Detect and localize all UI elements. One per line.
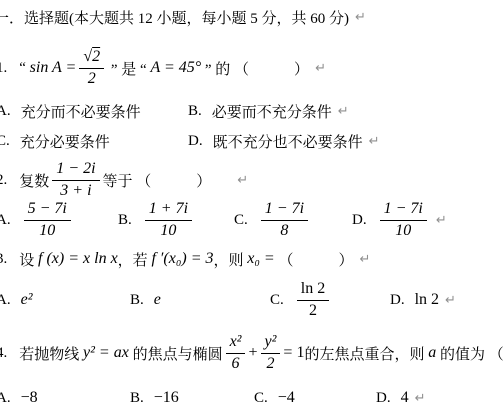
q4-seg2: 的焦点与椭圆 <box>129 343 223 364</box>
fraction-numerator: 5 − 7i <box>24 200 71 220</box>
q1-mid-text: ” 是 “ <box>107 58 150 79</box>
fraction-denominator: 2 <box>266 354 274 373</box>
q2-option-c: C. 1 − 7i 8 <box>234 197 311 243</box>
radical-sign: √ <box>83 48 92 65</box>
q3-option-d: D. ln 2 ↵ <box>390 277 456 323</box>
q4-math-equals-1: = 1 <box>283 344 304 362</box>
q1-open-quote: “ <box>19 60 29 77</box>
q4-math-parabola: y² = ax <box>83 344 129 362</box>
option-text: 充分而不必要条件 <box>21 101 141 122</box>
q4-option-b: B. −16 <box>130 387 179 409</box>
q4-seg3: 的左焦点重合，则 <box>304 343 428 364</box>
option-letter: D. <box>376 390 391 407</box>
fraction-numerator: x² <box>226 333 246 353</box>
q4-plus-sign: + <box>248 344 257 362</box>
radicand: 2 <box>92 48 100 65</box>
section-header-text: 一．选择题(本大题共 12 小题，每小题 5 分，共 60 分) <box>0 7 349 28</box>
option-value: −4 <box>278 389 295 407</box>
option-value: e <box>154 291 161 309</box>
q1-math-angle: A = 45° <box>150 59 201 77</box>
option-fraction: 1 − 7i 10 <box>380 200 427 240</box>
q1-option-d: D. 既不充分也不必要条件 ↵ <box>188 131 380 151</box>
fraction-denominator: 8 <box>280 221 288 240</box>
question-3-number: 3. <box>0 251 7 268</box>
paragraph-mark-icon: ↵ <box>355 10 366 25</box>
q4-seg1: 若抛物线 <box>19 343 83 364</box>
question-1-options-row-1: A. 充分而不必要条件 B. 必要而不充分条件 ↵ <box>0 101 504 121</box>
paragraph-mark-icon: ↵ <box>369 134 380 149</box>
question-1-number: 1. <box>0 60 7 77</box>
paragraph-mark-icon: ↵ <box>338 104 349 119</box>
q3-math-fprime: f ′(x₀) = 3 <box>151 250 213 268</box>
q3-option-c: C. ln 2 2 <box>270 277 332 323</box>
option-value: −16 <box>154 389 179 407</box>
option-text: 充分必要条件 <box>20 131 110 152</box>
paragraph-mark-icon: ↵ <box>415 391 426 406</box>
option-letter: B. <box>130 292 144 309</box>
section-header: 一．选择题(本大题共 12 小题，每小题 5 分，共 60 分) ↵ <box>0 6 366 28</box>
option-letter: B. <box>188 103 202 120</box>
paragraph-mark-icon: ↵ <box>360 252 371 267</box>
fraction-numerator: 1 − 7i <box>261 200 308 220</box>
q2-option-b: B. 1 + 7i 10 <box>118 197 195 243</box>
q3-seg3: ，则 <box>214 249 248 270</box>
q4-fraction-x2-over-6: x² 6 <box>226 333 246 373</box>
option-text: 必要而不充分条件 <box>212 101 332 122</box>
q2-option-d: D. 1 − 7i 10 ↵ <box>352 197 447 243</box>
option-letter: C. <box>270 292 284 309</box>
option-letter: C. <box>0 133 10 150</box>
q2-fraction-numerator: 1 − 2i <box>52 160 99 180</box>
q2-pre-text: 复数 <box>19 170 49 191</box>
fraction-numerator: 1 + 7i <box>145 200 192 220</box>
question-4-stem: 4. 若抛物线 y² = ax 的焦点与椭圆 x² 6 + y² 2 = 1 的… <box>0 327 504 379</box>
option-value: e² <box>21 291 33 309</box>
option-fraction: 1 − 7i 8 <box>261 200 308 240</box>
option-letter: D. <box>390 292 405 309</box>
q1-math-sin: sin A = <box>30 59 77 77</box>
option-value: −8 <box>21 389 38 407</box>
q4-option-d: D. 4 ↵ <box>376 387 426 409</box>
q2-fraction-complex: 1 − 2i 3 + i <box>52 160 99 200</box>
fraction-denominator: 10 <box>160 221 176 240</box>
option-value: ln 2 <box>415 291 439 309</box>
q1-option-a: A. 充分而不必要条件 <box>0 101 141 121</box>
option-letter: A. <box>0 390 11 407</box>
option-letter: A. <box>0 103 11 120</box>
fraction-numerator: y² <box>261 333 281 353</box>
question-1-options-row-2: C. 充分必要条件 D. 既不充分也不必要条件 ↵ <box>0 131 504 151</box>
q1-fraction-numerator: √2 <box>79 48 104 68</box>
fraction-denominator: 10 <box>395 221 411 240</box>
exam-document-page: 一．选择题(本大题共 12 小题，每小题 5 分，共 60 分) ↵ 1. “ … <box>0 0 504 418</box>
q3-seg4: （ ） <box>275 249 354 270</box>
question-2-options-row: A. 5 − 7i 10 B. 1 + 7i 10 C. 1 − 7i 8 D.… <box>0 197 504 243</box>
q2-option-a: A. 5 − 7i 10 <box>0 197 74 243</box>
option-letter: B. <box>118 212 132 229</box>
q4-seg4: 的值为 （ ） <box>436 343 504 364</box>
paragraph-mark-icon: ↵ <box>436 213 447 228</box>
question-4-options-row: A. −8 B. −16 C. −4 D. 4 ↵ <box>0 387 504 409</box>
q1-fraction-denominator: 2 <box>88 69 96 88</box>
q3-math-x0: x₀ = <box>247 250 274 268</box>
option-letter: A. <box>0 292 11 309</box>
question-3-options-row: A. e² B. e C. ln 2 2 D. ln 2 ↵ <box>0 277 504 323</box>
q1-tail-text: ” 的 （ ） <box>201 58 309 79</box>
paragraph-mark-icon: ↵ <box>315 61 326 76</box>
q3-option-a: A. e² <box>0 277 33 323</box>
q3-seg1: 设 <box>19 249 38 270</box>
option-letter: B. <box>130 390 144 407</box>
q3-seg2: ，若 <box>118 249 152 270</box>
question-2-number: 2. <box>0 172 7 189</box>
option-letter: A. <box>0 212 11 229</box>
fraction-numerator: 1 − 7i <box>380 200 427 220</box>
q2-post-text: 等于 （ ） <box>103 170 212 191</box>
option-fraction: ln 2 2 <box>297 280 329 320</box>
fraction-numerator: ln 2 <box>297 280 329 300</box>
question-4-number: 4. <box>0 345 7 362</box>
q1-option-c: C. 充分必要条件 <box>0 131 110 151</box>
option-letter: C. <box>234 212 248 229</box>
q1-fraction-sqrt2-over-2: √2 2 <box>79 48 104 88</box>
q4-fraction-y2-over-2: y² 2 <box>261 333 281 373</box>
q1-option-b: B. 必要而不充分条件 ↵ <box>188 101 349 121</box>
fraction-denominator: 10 <box>39 221 55 240</box>
option-letter: D. <box>188 133 203 150</box>
q3-option-b: B. e <box>130 277 161 323</box>
question-3-stem: 3. 设 f (x) = x ln x ，若 f ′(x₀) = 3 ，则 x₀… <box>0 247 370 271</box>
option-value: 4 <box>401 389 409 407</box>
fraction-denominator: 6 <box>232 354 240 373</box>
option-letter: C. <box>254 390 268 407</box>
q4-option-c: C. −4 <box>254 387 295 409</box>
fraction-denominator: 2 <box>309 301 317 320</box>
option-fraction: 5 − 7i 10 <box>24 200 71 240</box>
q4-option-a: A. −8 <box>0 387 38 409</box>
paragraph-mark-icon: ↵ <box>237 173 248 188</box>
q4-math-a: a <box>428 344 436 362</box>
question-1-stem: 1. “ sin A = √2 2 ” 是 “ A = 45° ” 的 （ ） … <box>0 44 326 92</box>
option-text: 既不充分也不必要条件 <box>213 131 363 152</box>
paragraph-mark-icon: ↵ <box>445 293 456 308</box>
option-letter: D. <box>352 212 367 229</box>
q3-math-fx: f (x) = x ln x <box>38 250 118 268</box>
option-fraction: 1 + 7i 10 <box>145 200 192 240</box>
